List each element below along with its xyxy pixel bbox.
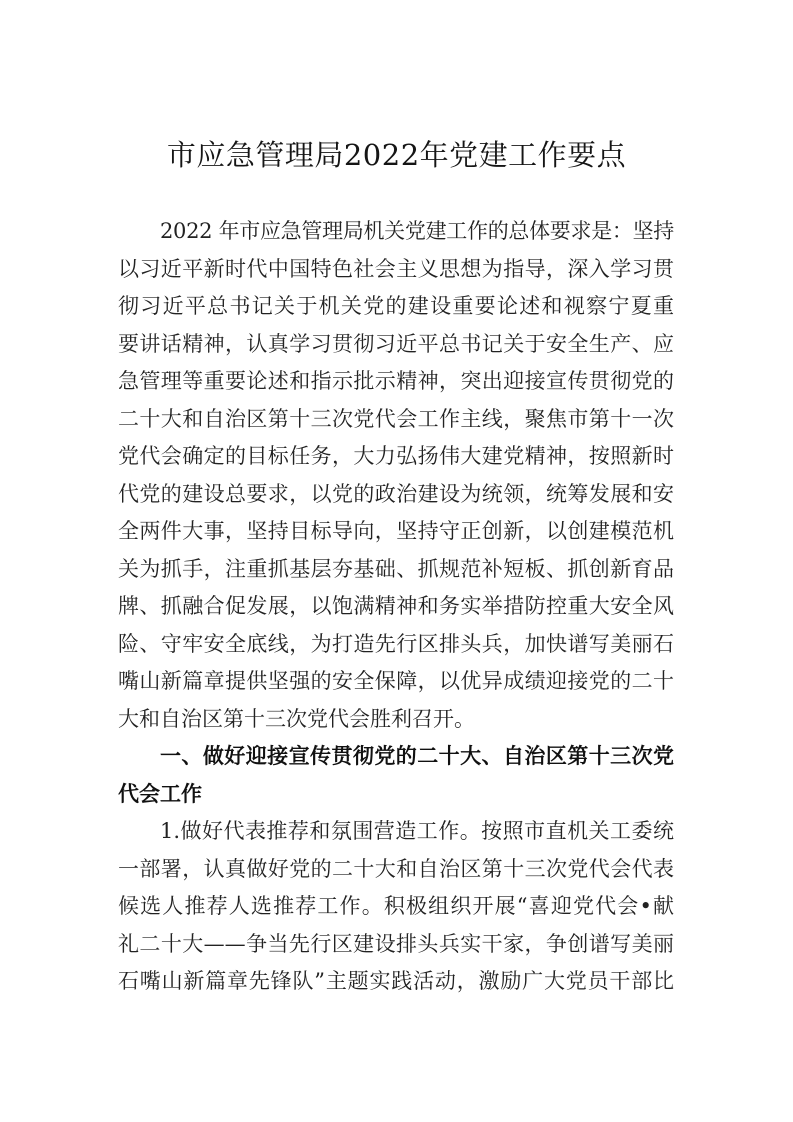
- document-page: 市应急管理局2022年党建工作要点 2022 年市应急管理局机关党建工作的总体要…: [0, 0, 793, 1122]
- section-heading-line: 代会工作: [118, 776, 674, 814]
- paragraph-line: 2022 年市应急管理局机关党建工作的总体要求是：坚持: [118, 213, 674, 251]
- document-title: 市应急管理局2022年党建工作要点: [0, 135, 793, 175]
- paragraph-line: 1.做好代表推荐和氛围营造工作。按照市直机关工委统: [118, 813, 674, 851]
- item-1-paragraph: 1.做好代表推荐和氛围营造工作。按照市直机关工委统 一部署，认真做好党的二十大和…: [118, 813, 674, 1001]
- paragraph-line: 要讲话精神，认真学习贯彻习近平总书记关于安全生产、应: [118, 326, 674, 364]
- paragraph-line: 牌、抓融合促发展，以饱满精神和务实举措防控重大安全风: [118, 588, 674, 626]
- paragraph-line: 彻习近平总书记关于机关党的建设重要论述和视察宁夏重: [118, 288, 674, 326]
- paragraph-line: 石嘴山新篇章先锋队”主题实践活动，激励广大党员干部比: [118, 963, 674, 1001]
- intro-paragraph: 2022 年市应急管理局机关党建工作的总体要求是：坚持 以习近平新时代中国特色社…: [118, 213, 674, 738]
- section-heading-line: 一、做好迎接宣传贯彻党的二十大、自治区第十三次党: [118, 738, 674, 776]
- paragraph-line: 代党的建设总要求，以党的政治建设为统领，统筹发展和安: [118, 476, 674, 514]
- paragraph-line: 大和自治区第十三次党代会胜利召开。: [118, 701, 674, 739]
- paragraph-line: 嘴山新篇章提供坚强的安全保障，以优异成绩迎接党的二十: [118, 663, 674, 701]
- paragraph-line: 一部署，认真做好党的二十大和自治区第十三次党代会代表: [118, 851, 674, 889]
- paragraph-line: 候选人推荐人选推荐工作。积极组织开展“喜迎党代会•献: [118, 888, 674, 926]
- paragraph-line: 关为抓手，注重抓基层夯基础、抓规范补短板、抓创新育品: [118, 551, 674, 589]
- paragraph-line: 以习近平新时代中国特色社会主义思想为指导，深入学习贯: [118, 251, 674, 289]
- paragraph-line: 二十大和自治区第十三次党代会工作主线，聚焦市第十一次: [118, 401, 674, 439]
- paragraph-line: 党代会确定的目标任务，大力弘扬伟大建党精神，按照新时: [118, 438, 674, 476]
- paragraph-line: 险、守牢安全底线，为打造先行区排头兵，加快谱写美丽石: [118, 626, 674, 664]
- paragraph-line: 急管理等重要论述和指示批示精神，突出迎接宣传贯彻党的: [118, 363, 674, 401]
- document-body: 2022 年市应急管理局机关党建工作的总体要求是：坚持 以习近平新时代中国特色社…: [118, 213, 674, 1001]
- section-heading-1: 一、做好迎接宣传贯彻党的二十大、自治区第十三次党 代会工作: [118, 738, 674, 813]
- paragraph-line: 全两件大事，坚持目标导向，坚持守正创新，以创建模范机: [118, 513, 674, 551]
- paragraph-line: 礼二十大——争当先行区建设排头兵实干家，争创谱写美丽: [118, 926, 674, 964]
